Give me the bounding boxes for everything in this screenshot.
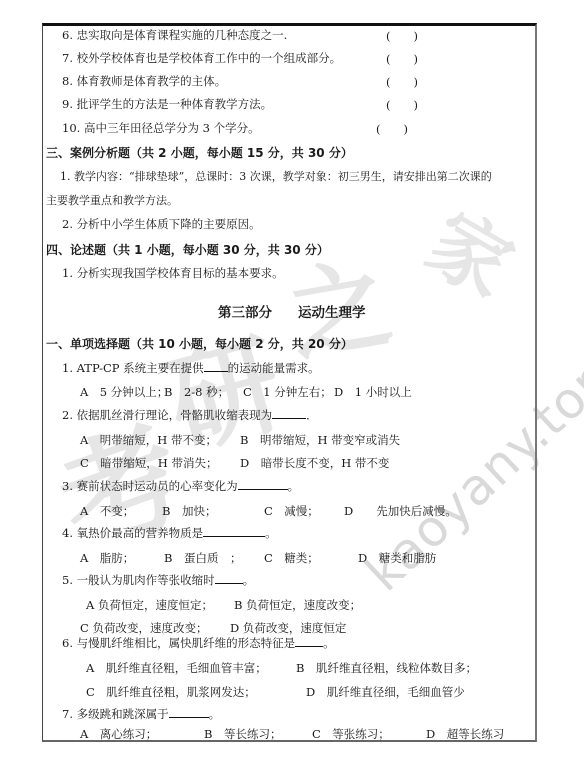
mcq-4-option-b: B 蛋白质 ；: [164, 550, 241, 566]
section3-q1-line1: 1. 教学内容：“排球垫球”，总课时：3 次课，教学对象：初三男生，请安排出第二…: [60, 170, 492, 184]
item-text: 忠实取向是体育课程实施的几种态度之一.: [77, 28, 288, 42]
answer-blank: [238, 479, 288, 490]
section3-q1-line2: 主要教学重点和教学方法。: [46, 194, 178, 208]
section4-q1: 1. 分析实现我国学校体育目标的基本要求。: [62, 266, 284, 280]
mcq-7-option-d: D 超等长练习: [426, 726, 504, 742]
section4-heading: 四、论述题（共 1 小题，每小题 30 分，共 30 分）: [46, 243, 329, 257]
part3-title-right: 运动生理学: [298, 305, 366, 321]
mcq-6-stem: 6. 与慢肌纤维相比，属快肌纤维的形态特征是。: [62, 636, 335, 650]
mcq-6-option-c: C 肌纤维直径粗，肌浆网发达；: [86, 684, 256, 700]
mcq-7-option-a: A 离心练习；: [80, 726, 157, 742]
judgement-item-6: 6. 忠实取向是体育课程实施的几种态度之一.: [62, 28, 287, 42]
answer-paren: ( ): [376, 121, 408, 137]
answer-blank: [215, 573, 243, 584]
mcq-3-option-c: C 减慢；: [264, 503, 319, 519]
item-text: 批评学生的方法是一种体育教学方法。: [77, 97, 273, 111]
mcq-6-option-a: A 肌纤维直径粗，毛细血管丰富；: [86, 660, 267, 676]
mcq-4-option-c: C 糖类；: [264, 550, 319, 566]
answer-blank: [204, 361, 228, 372]
item-text: 高中三年田径总学分为 3 个学分。: [84, 121, 260, 135]
judgement-item-7: 7. 校外学校体育也是学校体育工作中的一个组成部分。: [62, 51, 341, 65]
mcq-5-option-c: C 负荷改变，速度改变；: [80, 620, 207, 636]
mcq-1-option-c: C 1 分钟左右；: [243, 384, 332, 400]
mcq-1-option-b: B 2-8 秒；: [164, 384, 229, 400]
mcq-7-stem: 7. 多级跳和跳深属于。: [62, 707, 220, 721]
mcq-3-option-a: A 不变；: [80, 503, 134, 519]
item-number: 6.: [62, 28, 73, 42]
mcq-2-option-b: B 明带缩短，H 带变窄或消失: [240, 432, 400, 448]
judgement-item-8: 8. 体育教师是体育教学的主体。: [62, 74, 226, 88]
mcq-2-option-a: A 明带缩短，H 带不变；: [80, 432, 217, 448]
mcq-4-option-d: D 糖类和脂肪: [358, 550, 436, 566]
mcq-2-option-d: D 暗带长度不变，H 带不变: [240, 455, 389, 471]
part3-title-left: 第三部分: [218, 305, 272, 321]
mcq-6-option-b: B 肌纤维直径粗，线粒体数目多；: [296, 660, 477, 676]
answer-blank: [203, 526, 265, 537]
answer-paren: ( ): [386, 28, 418, 44]
mcq-7-option-c: C 等张练习；: [312, 726, 390, 742]
mcq-4-stem: 4. 氧热价最高的营养物质是。: [62, 526, 277, 540]
mcq-1-option-d: D 1 小时以上: [334, 384, 412, 400]
mcq-3-option-b: B 加快；: [162, 503, 216, 519]
mcq-5-option-a: A 负荷恒定，速度恒定；: [86, 597, 213, 613]
mcq-2-stem: 2. 依据肌丝滑行理论，骨骼肌收缩表现为．: [62, 408, 318, 422]
item-number: 8.: [62, 74, 73, 88]
answer-blank: [295, 636, 323, 647]
section3-q2: 2. 分析中小学生体质下降的主要原因。: [62, 217, 261, 231]
answer-blank: [272, 408, 306, 419]
mcq-2-option-c: C 暗带缩短，H 带消失；: [80, 455, 217, 471]
part3-section1-heading: 一、单项选择题（共 10 小题，每小题 2 分，共 20 分）: [46, 337, 353, 351]
answer-paren: ( ): [386, 51, 418, 67]
part3-title: 第三部分运动生理学: [218, 306, 366, 320]
answer-paren: ( ): [386, 74, 418, 90]
mcq-6-option-d: D 肌纤维直径细，毛细血管少: [306, 684, 465, 700]
mcq-3-stem: 3. 赛前状态时运动员的心率变化为。: [62, 479, 299, 493]
answer-paren: ( ): [386, 97, 418, 113]
mcq-4-option-a: A 脂肪；: [80, 550, 134, 566]
answer-blank: [169, 707, 209, 718]
mcq-7-option-b: B 等长练习；: [204, 726, 281, 742]
mcq-5-option-b: B 负荷恒定，速度改变；: [234, 597, 361, 613]
judgement-item-9: 9. 批评学生的方法是一种体育教学方法。: [62, 97, 272, 111]
item-number: 10.: [62, 121, 80, 135]
mcq-1-stem: 1. ATP-CP 系统主要在提供的运动能量需求。: [62, 361, 320, 375]
item-number: 7.: [62, 51, 73, 65]
item-number: 9.: [62, 97, 73, 111]
mcq-1-option-a: A 5 分钟以上；: [80, 384, 168, 400]
mcq-5-option-d: D 负荷改变，速度恒定: [230, 620, 346, 636]
judgement-item-10: 10. 高中三年田径总学分为 3 个学分。: [62, 121, 260, 135]
item-text: 体育教师是体育教学的主体。: [77, 74, 227, 88]
mcq-3-option-d: D 先加快后减慢。: [344, 503, 457, 519]
mcq-5-stem: 5. 一般认为肌肉作等张收缩时。: [62, 573, 254, 587]
section3-heading: 三、案例分析题（共 2 小题，每小题 15 分，共 30 分）: [46, 146, 353, 160]
item-text: 校外学校体育也是学校体育工作中的一个组成部分。: [77, 51, 342, 65]
